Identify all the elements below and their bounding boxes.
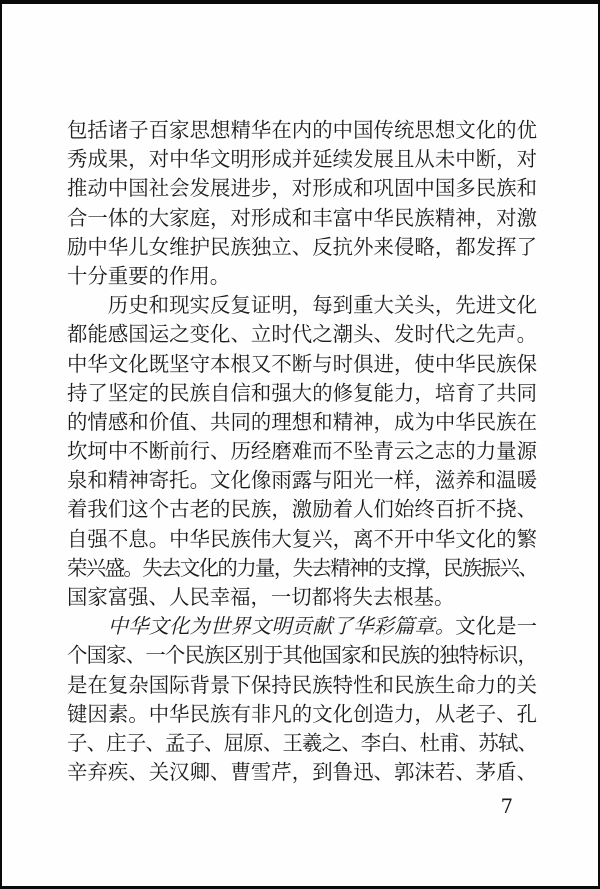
text-line: 自强不息。中华民族伟大复兴，离不开中华文化的繁 (67, 525, 537, 554)
text-line: 个国家、一个民族区别于其他国家和民族的独特标识， (67, 641, 537, 670)
text-line: 是在复杂国际背景下保持民族特性和民族生命力的关 (67, 671, 537, 700)
page-number: 7 (67, 795, 537, 819)
text-segment: 着我们这个古老的民族，激励着人们始终百折不挠、 (67, 497, 537, 521)
text-segment: 推动中国社会发展进步，对形成和巩固中国多民族和 (67, 176, 537, 200)
text-line: 辛弃疾、关汉卿、曹雪芹，到鲁迅、郭沫若、茅盾、 (67, 758, 537, 787)
text-line: 秀成果，对中华文明形成并延续发展且从未中断，对 (67, 145, 537, 174)
text-block: 包括诸子百家思想精华在内的中国传统思想文化的优秀成果，对中华文明形成并延续发展且… (67, 116, 537, 787)
text-segment: 中华文化既坚守本根又不断与时俱进，使中华民族保 (67, 352, 537, 376)
text-segment: 持了坚定的民族自信和强大的修复能力，培育了共同 (67, 381, 537, 405)
kai-text-segment: 中华文化为世界文明贡献了华彩篇章。 (108, 614, 456, 638)
text-segment: 包括诸子百家思想精华在内的中国传统思想文化的优 (67, 118, 537, 142)
text-segment: 键因素。中华民族有非凡的文化创造力，从老子、孔 (67, 702, 537, 726)
text-line: 键因素。中华民族有非凡的文化创造力，从老子、孔 (67, 700, 537, 729)
text-segment: 合一体的大家庭，对形成和丰富中华民族精神，对激 (67, 206, 537, 230)
text-segment: 泉和精神寄托。文化像雨露与阳光一样，滋养和温暖 (67, 468, 537, 492)
text-segment: 十分重要的作用。 (67, 264, 230, 288)
text-line: 的情感和价值、共同的理想和精神，成为中华民族在 (67, 408, 537, 437)
text-line: 坎坷中不断前行、历经磨难而不坠青云之志的力量源 (67, 437, 537, 466)
text-segment: 文化是一 (455, 614, 537, 638)
text-segment: 历史和现实反复证明，每到重大关头，先进文化 (108, 293, 537, 317)
text-line: 都能感国运之变化、立时代之潮头、发时代之先声。 (67, 320, 537, 349)
text-line: 中华文化为世界文明贡献了华彩篇章。文化是一 (67, 612, 537, 641)
text-segment: 坎坷中不断前行、历经磨难而不坠青云之志的力量源 (67, 439, 537, 463)
text-segment: 励中华儿女维护民族独立、反抗外来侵略，都发挥了 (67, 235, 537, 259)
text-line: 包括诸子百家思想精华在内的中国传统思想文化的优 (67, 116, 537, 145)
text-line: 励中华儿女维护民族独立、反抗外来侵略，都发挥了 (67, 233, 537, 262)
text-line: 历史和现实反复证明，每到重大关头，先进文化 (67, 291, 537, 320)
text-segment: 国家富强、人民幸福，一切都将失去根基。 (67, 585, 454, 609)
text-segment: 子、庄子、孟子、屈原、王羲之、李白、杜甫、苏轼、 (67, 731, 537, 755)
text-line: 着我们这个古老的民族，激励着人们始终百折不挠、 (67, 495, 537, 524)
text-segment: 荣兴盛。失去文化的力量，失去精神的支撑，民族振兴、 (67, 556, 537, 580)
text-line: 持了坚定的民族自信和强大的修复能力，培育了共同 (67, 379, 537, 408)
book-page: 包括诸子百家思想精华在内的中国传统思想文化的优秀成果，对中华文明形成并延续发展且… (0, 0, 600, 889)
text-segment: 秀成果，对中华文明形成并延续发展且从未中断，对 (67, 147, 537, 171)
text-line: 泉和精神寄托。文化像雨露与阳光一样，滋养和温暖 (67, 466, 537, 495)
text-segment: 的情感和价值、共同的理想和精神，成为中华民族在 (67, 410, 537, 434)
text-line: 十分重要的作用。 (67, 262, 537, 291)
text-segment: 是在复杂国际背景下保持民族特性和民族生命力的关 (67, 673, 537, 697)
text-segment: 都能感国运之变化、立时代之潮头、发时代之先声。 (67, 322, 537, 346)
text-segment: 辛弃疾、关汉卿、曹雪芹，到鲁迅、郭沫若、茅盾、 (67, 760, 537, 784)
text-segment: 个国家、一个民族区别于其他国家和民族的独特标识， (67, 643, 537, 667)
text-line: 国家富强、人民幸福，一切都将失去根基。 (67, 583, 537, 612)
text-line: 推动中国社会发展进步，对形成和巩固中国多民族和 (67, 174, 537, 203)
text-segment: 自强不息。中华民族伟大复兴，离不开中华文化的繁 (67, 527, 537, 551)
text-line: 中华文化既坚守本根又不断与时俱进，使中华民族保 (67, 350, 537, 379)
text-line: 子、庄子、孟子、屈原、王羲之、李白、杜甫、苏轼、 (67, 729, 537, 758)
text-line: 荣兴盛。失去文化的力量，失去精神的支撑，民族振兴、 (67, 554, 537, 583)
text-line: 合一体的大家庭，对形成和丰富中华民族精神，对激 (67, 204, 537, 233)
